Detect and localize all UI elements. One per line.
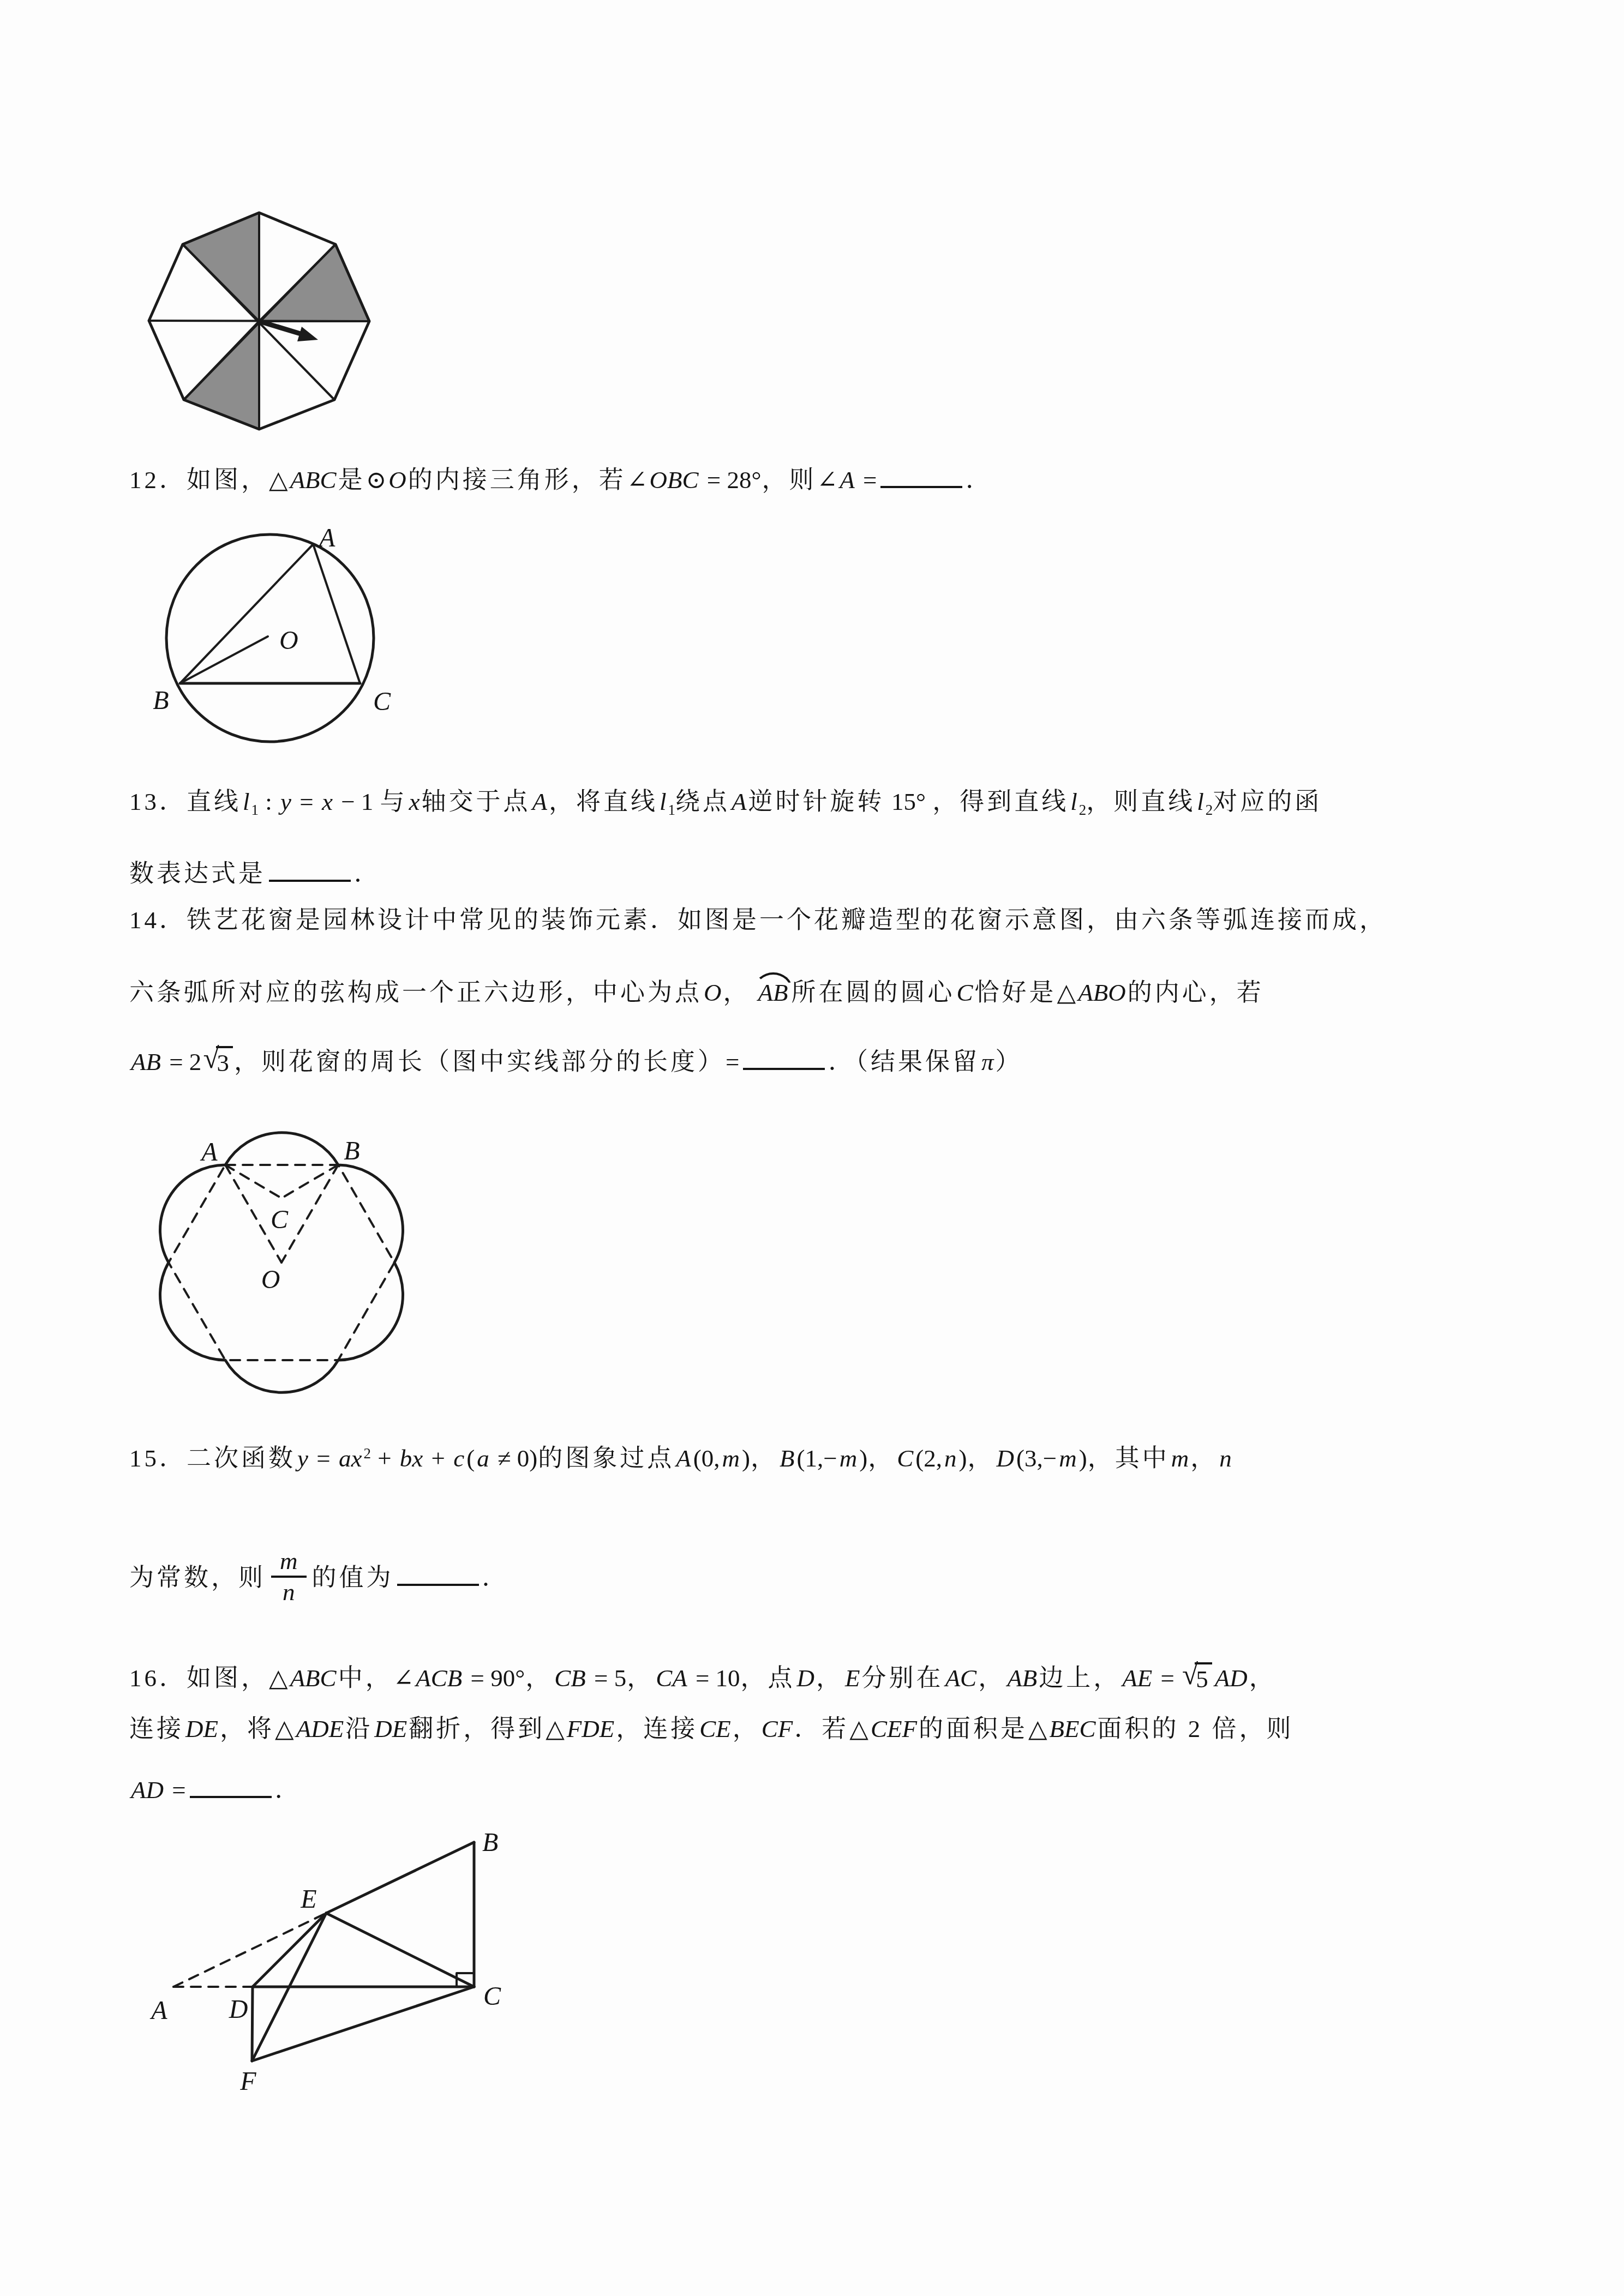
math-variable: D [795, 1664, 817, 1692]
label-B: B [344, 1137, 359, 1165]
math-variable: l [658, 788, 668, 815]
math-run: = [310, 1445, 337, 1472]
answer-blank [190, 1789, 272, 1798]
fraction: mn [271, 1548, 307, 1606]
math-variable: ADE [295, 1715, 345, 1742]
math-variable: AB [1005, 1664, 1039, 1692]
subscript: 2 [1079, 802, 1087, 818]
text-run: 分别在 [862, 1664, 944, 1692]
math-run: = [856, 466, 878, 494]
label-O: O [279, 626, 298, 655]
math-variable: bx [398, 1445, 424, 1472]
radius-BO [180, 636, 268, 683]
math-variable: l [1069, 788, 1079, 815]
math-variable: A [838, 466, 856, 494]
label-A: A [200, 1138, 218, 1167]
math-variable: B [778, 1445, 796, 1472]
question-15-text-line-2: 为常数，则mn的值为． [129, 1552, 1559, 1586]
question-14-text-line-2: 六条弧所对应的弦构成一个正六边形，中心为点O，AB所在圆的圆心C恰好是△ABO的… [129, 975, 1559, 1010]
label-A: A [149, 1996, 167, 2025]
math-variable: CA [654, 1664, 689, 1692]
label-C: C [373, 687, 391, 716]
text-run: 边上， [1039, 1664, 1120, 1692]
text-run: 所在圆的圆心 [792, 979, 955, 1006]
math-variable: m [1170, 1445, 1191, 1472]
text-run: 的图象过点 [538, 1445, 674, 1472]
math-run: △ [545, 1715, 565, 1742]
math-variable: D [995, 1445, 1016, 1472]
math-variable: ax [337, 1445, 363, 1472]
math-run: : [259, 788, 279, 815]
label-D: D [229, 1995, 248, 2024]
math-run: (1,− [796, 1445, 838, 1472]
math-variable: C [895, 1445, 915, 1472]
text-run: 连接 [129, 1715, 184, 1742]
text-run: ． [354, 860, 381, 887]
text-run: ． [966, 466, 993, 494]
question-13-text-line-2: 数表达式是． [129, 856, 1559, 891]
question-13-text-line-1: 13．直线l1 : y = x − 1 与x轴交于点A，将直线l1绕点A逆时针旋… [129, 784, 1559, 819]
text-run: ， [1249, 1664, 1277, 1692]
text-run: ） [995, 1048, 1022, 1075]
math-variable: π [980, 1048, 996, 1075]
text-run: 对应的函 [1213, 788, 1322, 815]
radicand: 5 [1195, 1662, 1212, 1692]
question-16-text-line-3: AD =． [129, 1772, 1559, 1807]
question-16-text-line-2: 连接DE，将△ADE沿DE翻折，得到△FDE，连接CE，CF．若△CEF的面积是… [129, 1711, 1559, 1746]
text-run: 绕点 [675, 788, 730, 815]
math-run: ( [466, 1445, 475, 1472]
text-run: ，则 [762, 466, 816, 494]
text-run: 中， [338, 1664, 393, 1692]
math-variable: m [838, 1445, 859, 1472]
math-variable: AD [129, 1776, 165, 1804]
arc-over-notation: AB [755, 979, 792, 1006]
math-variable: c [452, 1445, 466, 1472]
text-run: ，得到直线 [932, 788, 1069, 815]
subscript: 1 [668, 802, 676, 818]
denominator: n [283, 1578, 295, 1605]
text-run: ，其中 [1088, 1445, 1170, 1472]
math-run: = 28° [700, 466, 762, 494]
math-run: ∠ [393, 1664, 415, 1692]
label-A: A [317, 524, 335, 552]
math-run: △ [1028, 1715, 1048, 1742]
text-run: ．若 [794, 1715, 849, 1742]
math-run: = 2 [163, 1048, 202, 1075]
math-run: ∠ [816, 466, 838, 494]
label-C: C [483, 1982, 501, 2011]
math-variable: O [387, 466, 408, 494]
text-run: 13．直线 [129, 788, 241, 815]
exam-page: 12．如图，△ABC是⊙O的内接三角形，若∠OBC = 28°，则∠A =． A… [0, 0, 1624, 2296]
math-variable: l [241, 788, 251, 815]
text-run: 14．铁艺花窗是园林设计中常见的装饰元素．如图是一个花瓣造型的花窗示意图，由六条… [129, 906, 1387, 934]
label-F: F [239, 2067, 256, 2096]
subscript: 1 [251, 802, 259, 818]
math-run: = [725, 1048, 740, 1075]
math-run: ) [859, 1445, 868, 1472]
math-variable: CB [553, 1664, 588, 1692]
figure-flower-window: A B C O [145, 1118, 428, 1402]
text-run: ， [1190, 1445, 1218, 1472]
text-run: 的面积是 [919, 1715, 1028, 1742]
math-variable: C [955, 979, 975, 1006]
math-variable: AD [1213, 1664, 1249, 1692]
math-variable: E [843, 1664, 862, 1692]
math-variable: OBC [648, 466, 700, 494]
numerator: m [271, 1548, 307, 1578]
text-run: ，点 [741, 1664, 795, 1692]
math-variable: n [1218, 1445, 1233, 1472]
math-run: = 90° [464, 1664, 525, 1692]
dashed-lines [173, 1913, 326, 1987]
math-run: ) [958, 1445, 968, 1472]
text-run: ，将直线 [549, 788, 658, 815]
question-12-text: 12．如图，△ABC是⊙O的内接三角形，若∠OBC = 28°，则∠A =． [129, 462, 1559, 497]
math-variable: FDE [565, 1715, 616, 1742]
math-variable: a [475, 1445, 491, 1472]
text-run: ， [751, 1445, 778, 1472]
math-variable: A [531, 788, 549, 815]
math-run: ≠ 0) [491, 1445, 538, 1472]
math-variable: O [702, 979, 723, 1006]
radical: √5 [1182, 1663, 1212, 1692]
text-run: 六条弧所对应的弦构成一个正六边形，中心为点 [129, 979, 702, 1006]
text-run: ， [627, 1664, 654, 1692]
math-variable: ABC [289, 466, 338, 494]
text-run: 翻折，得到 [409, 1715, 545, 1742]
math-run: ∠ [626, 466, 648, 494]
math-run: ⊙ [365, 466, 387, 494]
text-run: 恰好是 [975, 979, 1057, 1006]
math-variable: ABO [1076, 979, 1127, 1006]
solid-lines [252, 1842, 474, 2061]
text-run: ，将 [220, 1715, 274, 1742]
math-run: △ [268, 466, 289, 494]
text-run: ， [868, 1445, 895, 1472]
text-run: 的内接三角形，若 [408, 466, 626, 494]
text-run: ．（结果保留 [828, 1048, 980, 1075]
text-run: 数表达式是 [129, 860, 266, 887]
math-variable: AE [1120, 1664, 1154, 1692]
math-run: − 1 [334, 788, 380, 815]
math-variable: ACB [414, 1664, 464, 1692]
math-variable: CF [760, 1715, 795, 1742]
subscript: 2 [1206, 802, 1213, 818]
math-variable: x [408, 788, 422, 815]
text-run: 面积的 2 倍，则 [1098, 1715, 1294, 1742]
math-variable: AC [944, 1664, 979, 1692]
text-run: ， [816, 1664, 843, 1692]
answer-blank [880, 479, 962, 488]
text-run: 12．如图， [129, 466, 268, 494]
text-run: ， [723, 979, 751, 1006]
text-run: 与 [380, 788, 408, 815]
label-B: B [482, 1828, 498, 1857]
math-variable: l [1195, 788, 1206, 815]
text-run: 是 [338, 466, 365, 494]
text-run: ， [525, 1664, 553, 1692]
math-run: 15° [885, 788, 933, 815]
label-B: B [153, 686, 169, 715]
question-14-text-line-1: 14．铁艺花窗是园林设计中常见的装饰元素．如图是一个花瓣造型的花窗示意图，由六条… [129, 903, 1559, 937]
text-run: 的内心，若 [1128, 979, 1264, 1006]
label-C: C [271, 1205, 289, 1234]
math-run: = [293, 788, 320, 815]
shaded-sector-bottom-left [184, 321, 259, 429]
figure-inscribed-triangle: A B C O [142, 517, 404, 757]
text-run: ， [978, 1664, 1005, 1692]
text-run: ，则花窗的周长（图中实线部分的长度） [234, 1048, 725, 1075]
text-run: 轴交于点 [422, 788, 531, 815]
math-variable: m [721, 1445, 742, 1472]
math-run: △ [268, 1664, 289, 1692]
math-variable: m [1057, 1445, 1078, 1472]
math-run: △ [1057, 979, 1077, 1006]
radical: √3 [203, 1047, 233, 1076]
question-15-text-line-1: 15．二次函数y = ax2 + bx + c(a ≠ 0)的图象过点A(0,m… [129, 1436, 1559, 1471]
math-variable: BEC [1048, 1715, 1098, 1742]
math-variable: x [320, 788, 334, 815]
text-run: 为常数，则 [129, 1564, 266, 1591]
text-run: ， [733, 1715, 760, 1742]
math-run: ) [1078, 1445, 1088, 1472]
text-run: ， [968, 1445, 995, 1472]
math-run: (3,− [1016, 1445, 1057, 1472]
question-16-text-line-1: 16．如图，△ABC中，∠ACB = 90°，CB = 5，CA = 10，点D… [129, 1661, 1559, 1696]
figure-octagon-spinner [136, 206, 376, 435]
math-variable: CE [698, 1715, 733, 1742]
superscript: 2 [363, 1445, 371, 1462]
math-run: + [371, 1445, 398, 1472]
math-variable: A [730, 788, 748, 815]
text-run: ． [275, 1776, 302, 1804]
label-E: E [300, 1885, 316, 1914]
answer-blank [269, 873, 351, 882]
math-variable: DE [184, 1715, 220, 1742]
math-run: + [424, 1445, 452, 1472]
text-run: ． [482, 1564, 510, 1591]
question-14-text-line-3: AB = 2√3，则花窗的周长（图中实线部分的长度）=．（结果保留π） [129, 1044, 1559, 1079]
math-variable: n [943, 1445, 958, 1472]
math-variable: AB [129, 1048, 163, 1075]
radicand: 3 [216, 1046, 233, 1075]
math-variable: CEF [869, 1715, 919, 1742]
text-run: 15．二次函数 [129, 1445, 296, 1472]
math-variable: y [279, 788, 293, 815]
text-run: 沿 [345, 1715, 373, 1742]
answer-blank [397, 1577, 479, 1586]
answer-blank [743, 1061, 825, 1070]
triangle-lines [180, 544, 360, 683]
math-run: = 10 [689, 1664, 741, 1692]
math-variable: ABC [289, 1664, 338, 1692]
math-run: (2, [915, 1445, 943, 1472]
text-run: ，连接 [616, 1715, 698, 1742]
label-O: O [261, 1265, 280, 1294]
text-run: 16．如图， [129, 1664, 268, 1692]
math-run: △ [849, 1715, 869, 1742]
math-run: △ [274, 1715, 295, 1742]
math-variable: DE [373, 1715, 409, 1742]
math-run: ) [741, 1445, 751, 1472]
figure-folded-triangle: A D C B E F [139, 1827, 526, 2100]
math-run: = [1154, 1664, 1181, 1692]
math-variable: A [674, 1445, 693, 1472]
math-run: = 5 [588, 1664, 627, 1692]
text-run: ，则直线 [1086, 788, 1195, 815]
circle-O [166, 534, 374, 742]
math-run: = [165, 1776, 187, 1804]
text-run: 的值为 [312, 1564, 394, 1591]
math-variable: y [296, 1445, 310, 1472]
text-run: 逆时针旋转 [748, 788, 885, 815]
math-run: (0, [693, 1445, 721, 1472]
